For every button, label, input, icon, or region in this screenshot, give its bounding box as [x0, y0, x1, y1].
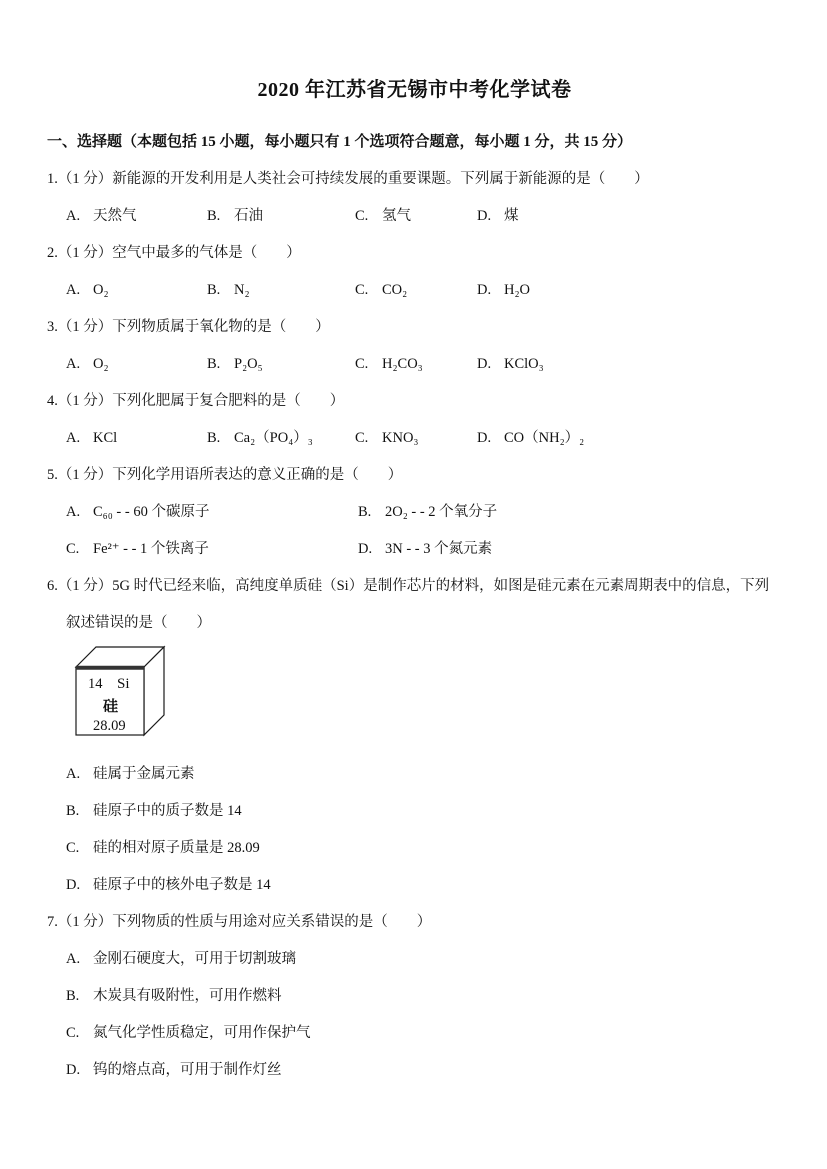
options-row: C.Fe²⁺ - - 1 个铁离子 D.3N - - 3 个氮元素: [47, 531, 782, 568]
option-label: B.: [207, 272, 234, 309]
option-text: N₂: [234, 282, 250, 298]
option-label: A.: [66, 756, 93, 793]
exam-page: 2020 年江苏省无锡市中考化学试卷 一、选择题（本题包括 15 小题，每小题只…: [0, 0, 827, 1169]
atomic-number: 14: [88, 676, 103, 692]
question-stem: 下列化肥属于复合肥料的是（ ）: [112, 393, 344, 409]
option-text: KCl: [93, 430, 117, 446]
option-label: D.: [477, 198, 504, 235]
option-label: D.: [358, 531, 385, 568]
option-text: CO₂: [382, 282, 407, 298]
option-text: 木炭具有吸附性，可用作燃料: [93, 988, 282, 1004]
option-text: O₂: [93, 282, 109, 298]
option-text: 氢气: [382, 208, 411, 224]
question-stem: 下列物质的性质与用途对应关系错误的是（ ）: [112, 914, 431, 930]
page-title: 2020 年江苏省无锡市中考化学试卷: [47, 76, 782, 104]
option-label: A.: [66, 346, 93, 383]
option-c: C.氢气: [355, 198, 477, 235]
option-text: H₂O: [504, 282, 530, 298]
option-label: B.: [358, 494, 385, 531]
option-b: B.Ca₂（PO₄）₃: [207, 420, 355, 457]
option-label: C.: [66, 531, 93, 568]
option-text: H₂CO₃: [382, 356, 423, 372]
option-label: D.: [477, 272, 504, 309]
question-2: 2.（1 分）空气中最多的气体是（ ） A.O₂ B.N₂ C.CO₂ D.H₂…: [47, 235, 782, 309]
option-text: O₂: [93, 356, 109, 372]
question-3: 3.（1 分）下列物质属于氧化物的是（ ） A.O₂ B.P₂O₅ C.H₂CO…: [47, 309, 782, 383]
question-text: 6.（1 分）5G 时代已经来临，高纯度单质硅（Si）是制作芯片的材料，如图是硅…: [47, 568, 782, 605]
option-label: B.: [66, 793, 93, 830]
option-text: 硅原子中的质子数是 14: [93, 803, 242, 819]
option-label: C.: [66, 1015, 93, 1052]
question-number: 7.: [47, 914, 58, 930]
silicon-element-figure: 14 Si 硅 28.09: [72, 644, 782, 744]
option-c: C.CO₂: [355, 272, 477, 309]
question-stem-continued: 叙述错误的是（ ）: [47, 605, 782, 642]
option-text: Ca₂（PO₄）₃: [234, 430, 313, 446]
option-d: D.钨的熔点高，可用于制作灯丝: [66, 1052, 782, 1089]
question-stem: 空气中最多的气体是（ ）: [112, 245, 301, 261]
option-text: C₆₀­ - - 60 个碳原子: [93, 504, 209, 520]
option-text: 金刚石硬度大，可用于切割玻璃: [93, 951, 296, 967]
option-b: B.石油: [207, 198, 355, 235]
option-a: A.KCl: [66, 420, 207, 457]
option-label: B.: [207, 198, 234, 235]
options-row: A.O₂ B.N₂ C.CO₂ D.H₂O: [47, 272, 782, 309]
element-name: 硅: [103, 698, 118, 715]
option-d: D.H₂O: [477, 272, 782, 309]
option-b: B.N₂: [207, 272, 355, 309]
option-d: D.KClO₃: [477, 346, 782, 383]
question-stem: 新能源的开发利用是人类社会可持续发展的重要课题。下列属于新能源的是（ ）: [112, 171, 649, 187]
option-a: A.O₂: [66, 272, 207, 309]
option-label: D.: [66, 867, 93, 904]
option-text: Fe²⁺ - - 1 个铁离子: [93, 541, 209, 557]
option-text: 氮气化学性质稳定，可用作保护气: [93, 1025, 311, 1041]
question-text: 7.（1 分）下列物质的性质与用途对应关系错误的是（ ）: [47, 904, 782, 941]
option-label: B.: [207, 420, 234, 457]
option-text: KClO₃: [504, 356, 544, 372]
option-label: D.: [66, 1052, 93, 1089]
option-text: 硅的相对原子质量是 28.09: [93, 840, 260, 856]
option-label: A.: [66, 494, 93, 531]
question-score: （1 分）: [58, 578, 112, 594]
question-text: 5.（1 分）下列化学用语所表达的意义正确的是（ ）: [47, 457, 782, 494]
option-text: 硅原子中的核外电子数是 14: [93, 877, 271, 893]
option-a: A.C₆₀­ - - 60 个碳原子: [66, 494, 358, 531]
question-1: 1.（1 分）新能源的开发利用是人类社会可持续发展的重要课题。下列属于新能源的是…: [47, 161, 782, 235]
question-score: （1 分）: [58, 319, 112, 335]
option-label: C.: [355, 198, 382, 235]
option-b: B.P₂O₅: [207, 346, 355, 383]
question-score: （1 分）: [58, 914, 112, 930]
option-b: B.木炭具有吸附性，可用作燃料: [66, 978, 782, 1015]
option-d: D.煤: [477, 198, 782, 235]
question-number: 4.: [47, 393, 58, 409]
option-label: D.: [477, 346, 504, 383]
option-label: C.: [355, 272, 382, 309]
options-row: A.O₂ B.P₂O₅ C.H₂CO₃ D.KClO₃: [47, 346, 782, 383]
question-score: （1 分）: [58, 171, 112, 187]
options-column: A.硅属于金属元素 B.硅原子中的质子数是 14 C.硅的相对原子质量是 28.…: [47, 756, 782, 904]
question-text: 1.（1 分）新能源的开发利用是人类社会可持续发展的重要课题。下列属于新能源的是…: [47, 161, 782, 198]
option-a: A.O₂: [66, 346, 207, 383]
option-label: D.: [477, 420, 504, 457]
option-d: D.CO（NH₂）₂: [477, 420, 782, 457]
option-label: A.: [66, 198, 93, 235]
question-number: 1.: [47, 171, 58, 187]
option-a: A.天然气: [66, 198, 207, 235]
question-number: 6.: [47, 578, 58, 594]
options-row: A.天然气 B.石油 C.氢气 D.煤: [47, 198, 782, 235]
option-text: 煤: [504, 208, 519, 224]
option-c: C.KNO₃: [355, 420, 477, 457]
question-score: （1 分）: [58, 245, 112, 261]
atomic-mass: 28.09: [93, 718, 126, 734]
question-4: 4.（1 分）下列化肥属于复合肥料的是（ ） A.KCl B.Ca₂（PO₄）₃…: [47, 383, 782, 457]
option-text: 2O₂ - - 2 个氧分子: [385, 504, 497, 520]
option-text: P₂O₅: [234, 356, 263, 372]
option-text: CO（NH₂）₂: [504, 430, 584, 446]
option-label: B.: [66, 978, 93, 1015]
option-c: C.H₂CO₃: [355, 346, 477, 383]
option-c: C.Fe²⁺ - - 1 个铁离子: [66, 531, 358, 568]
option-label: C.: [355, 420, 382, 457]
question-number: 3.: [47, 319, 58, 335]
option-a: A.金刚石硬度大，可用于切割玻璃: [66, 941, 782, 978]
question-text: 4.（1 分）下列化肥属于复合肥料的是（ ）: [47, 383, 782, 420]
question-score: （1 分）: [58, 467, 112, 483]
question-score: （1 分）: [58, 393, 112, 409]
question-5: 5.（1 分）下列化学用语所表达的意义正确的是（ ） A.C₆₀­ - - 60…: [47, 457, 782, 568]
option-c: C.硅的相对原子质量是 28.09: [66, 830, 782, 867]
option-label: C.: [355, 346, 382, 383]
option-text: 石油: [234, 208, 263, 224]
question-number: 2.: [47, 245, 58, 261]
options-row: A.C₆₀­ - - 60 个碳原子 B.2O₂ - - 2 个氧分子: [47, 494, 782, 531]
option-a: A.硅属于金属元素: [66, 756, 782, 793]
option-text: 天然气: [93, 208, 137, 224]
element-symbol: Si: [117, 676, 130, 692]
option-b: B.硅原子中的质子数是 14: [66, 793, 782, 830]
option-label: C.: [66, 830, 93, 867]
question-text: 3.（1 分）下列物质属于氧化物的是（ ）: [47, 309, 782, 346]
option-text: 3N - - 3 个氮元素: [385, 541, 492, 557]
option-text: 钨的熔点高，可用于制作灯丝: [93, 1062, 282, 1078]
periodic-table-cube-drawing: 14 Si 硅 28.09: [72, 644, 172, 740]
options-column: A.金刚石硬度大，可用于切割玻璃 B.木炭具有吸附性，可用作燃料 C.氮气化学性…: [47, 941, 782, 1089]
question-text: 2.（1 分）空气中最多的气体是（ ）: [47, 235, 782, 272]
section-header: 一、选择题（本题包括 15 小题，每小题只有 1 个选项符合题意，每小题 1 分…: [47, 124, 782, 161]
option-c: C.氮气化学性质稳定，可用作保护气: [66, 1015, 782, 1052]
question-stem: 5G 时代已经来临，高纯度单质硅（Si）是制作芯片的材料，如图是硅元素在元素周期…: [112, 578, 769, 594]
question-stem: 下列化学用语所表达的意义正确的是（ ）: [112, 467, 402, 483]
option-text: 硅属于金属元素: [93, 766, 195, 782]
option-d: D.硅原子中的核外电子数是 14: [66, 867, 782, 904]
option-d: D.3N - - 3 个氮元素: [358, 531, 782, 568]
option-text: KNO₃: [382, 430, 418, 446]
option-b: B.2O₂ - - 2 个氧分子: [358, 494, 782, 531]
option-label: B.: [207, 346, 234, 383]
question-6: 6.（1 分）5G 时代已经来临，高纯度单质硅（Si）是制作芯片的材料，如图是硅…: [47, 568, 782, 904]
option-label: A.: [66, 420, 93, 457]
question-stem: 下列物质属于氧化物的是（ ）: [112, 319, 330, 335]
options-row: A.KCl B.Ca₂（PO₄）₃ C.KNO₃ D.CO（NH₂）₂: [47, 420, 782, 457]
option-label: A.: [66, 941, 93, 978]
question-7: 7.（1 分）下列物质的性质与用途对应关系错误的是（ ） A.金刚石硬度大，可用…: [47, 904, 782, 1089]
option-label: A.: [66, 272, 93, 309]
question-number: 5.: [47, 467, 58, 483]
